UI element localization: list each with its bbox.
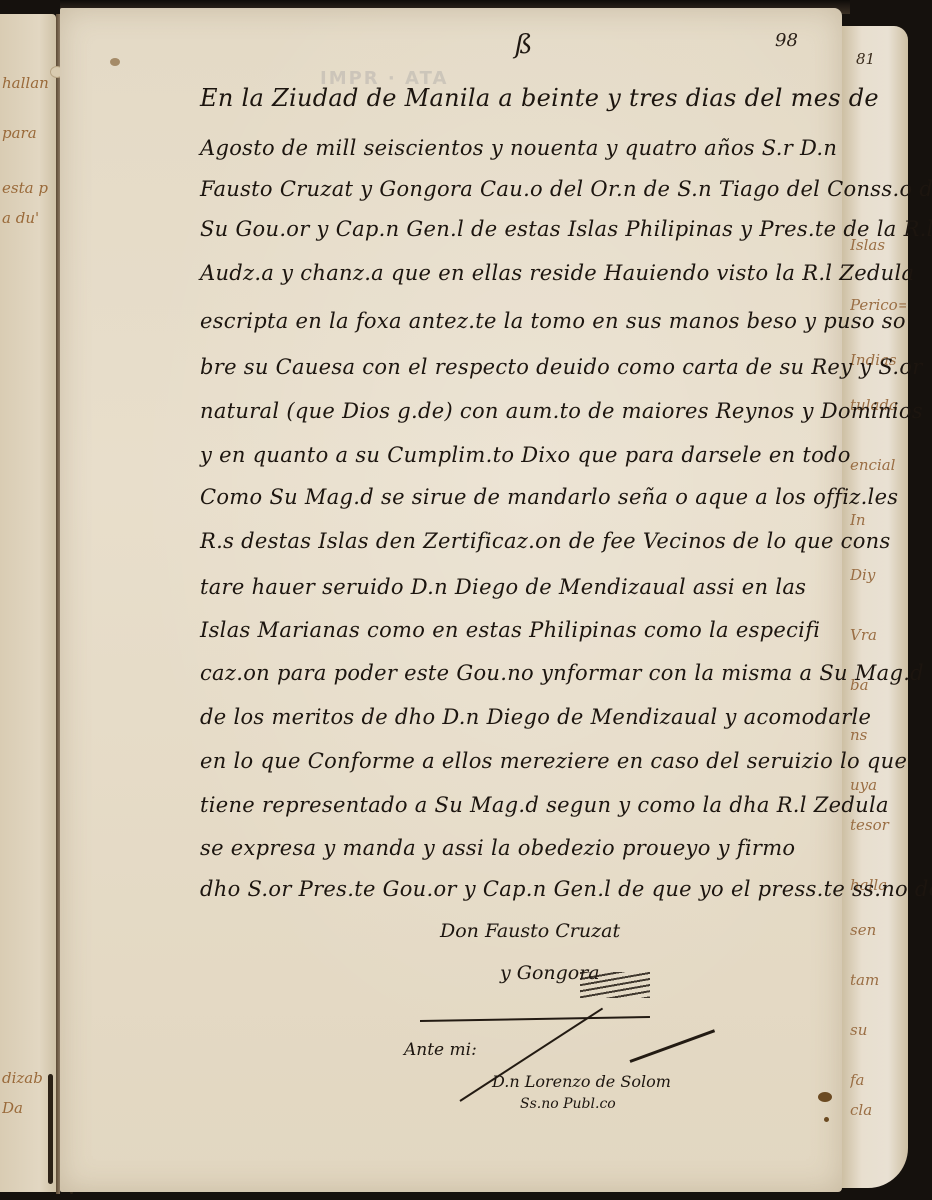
ante-mi-label: Ante mi: [404,1040,477,1060]
paper-stain [110,58,120,66]
right-fragment: uya [850,776,906,794]
manuscript-line: y en quanto a su Cumplim.to Dixo que par… [200,433,840,477]
manuscript-line: tiene representado a Su Mag.d segun y co… [200,783,840,827]
manuscript-line: natural (que Dios g.de) con aum.to de ma… [200,389,840,433]
manuscript-line: en lo que Conforme a ellos mereziere en … [200,739,840,783]
manuscript-line: Audz.a y chanz.a que en ellas reside Hau… [200,249,840,297]
right-fragment: fa [850,1071,906,1089]
left-fragment: hallan [2,74,56,92]
left-fragment: para [2,124,56,142]
adjacent-folio-number: 81 [856,50,875,68]
manuscript-line: bre su Cauesa con el respecto deuido com… [200,345,840,389]
right-fragment: Vra [850,626,906,644]
signature-block: Don Fausto Cruzat y Gongora Ante mi: D.n… [400,900,800,1160]
ink-stain [824,1117,829,1122]
manuscript-line: Su Gou.or y Cap.n Gen.l de estas Islas P… [200,209,840,249]
left-fragment: a du' [2,209,56,227]
ink-stain [818,1092,832,1102]
manuscript-line: R.s destas Islas den Zertificaz.on de fe… [200,517,840,565]
manuscript-line: En la Ziudad de Manila a beinte y tres d… [200,70,840,127]
manuscript-line: Como Su Mag.d se sirue de mandarlo seña … [200,477,840,517]
right-fragment: encial [850,456,906,474]
manuscript-line: escripta en la foxa antez.te la tomo en … [200,297,840,345]
right-fragment: sen [850,921,906,939]
ink-bleed-mark [48,1074,53,1184]
manuscript-line: caz.on para poder este Gou.no ynformar c… [200,651,840,695]
right-fragment: Diy [850,566,906,584]
rubric-underline [420,1016,650,1022]
rubric-flourish [580,972,650,998]
right-fragment: In [850,511,906,529]
notary-title: Ss.no Publ.co [520,1096,616,1112]
rubric-stroke [629,1029,715,1063]
manuscript-line: de los meritos de dho D.n Diego de Mendi… [200,695,840,739]
manuscript-body: En la Ziudad de Manila a beinte y tres d… [200,70,840,909]
notary-signature: D.n Lorenzo de Solom [492,1072,671,1091]
left-verso-page: hallan para esta p a du' dizab Da [0,14,56,1192]
manuscript-scene: hallan para esta p a du' dizab Da 81 Isl… [0,0,932,1200]
manuscript-line: se expresa y manda y assi la obedezio pr… [200,827,840,869]
folio-number: 98 [775,30,798,51]
manuscript-line: tare hauer seruido D.n Diego de Mendizau… [200,565,840,609]
right-fragment: cla [850,1101,906,1119]
right-fragment: tam [850,971,906,989]
governor-signature-line1: Don Fausto Cruzat [440,920,620,942]
right-fragment: tesor [850,816,906,834]
top-flourish: ß [515,30,532,60]
left-fragment: esta p [2,179,56,197]
manuscript-line: Islas Marianas como en estas Philipinas … [200,609,840,651]
manuscript-line: Agosto de mill seiscientos y nouenta y q… [200,127,840,169]
right-fragment: su [850,1021,906,1039]
manuscript-line: Fausto Cruzat y Gongora Cau.o del Or.n d… [200,169,840,209]
